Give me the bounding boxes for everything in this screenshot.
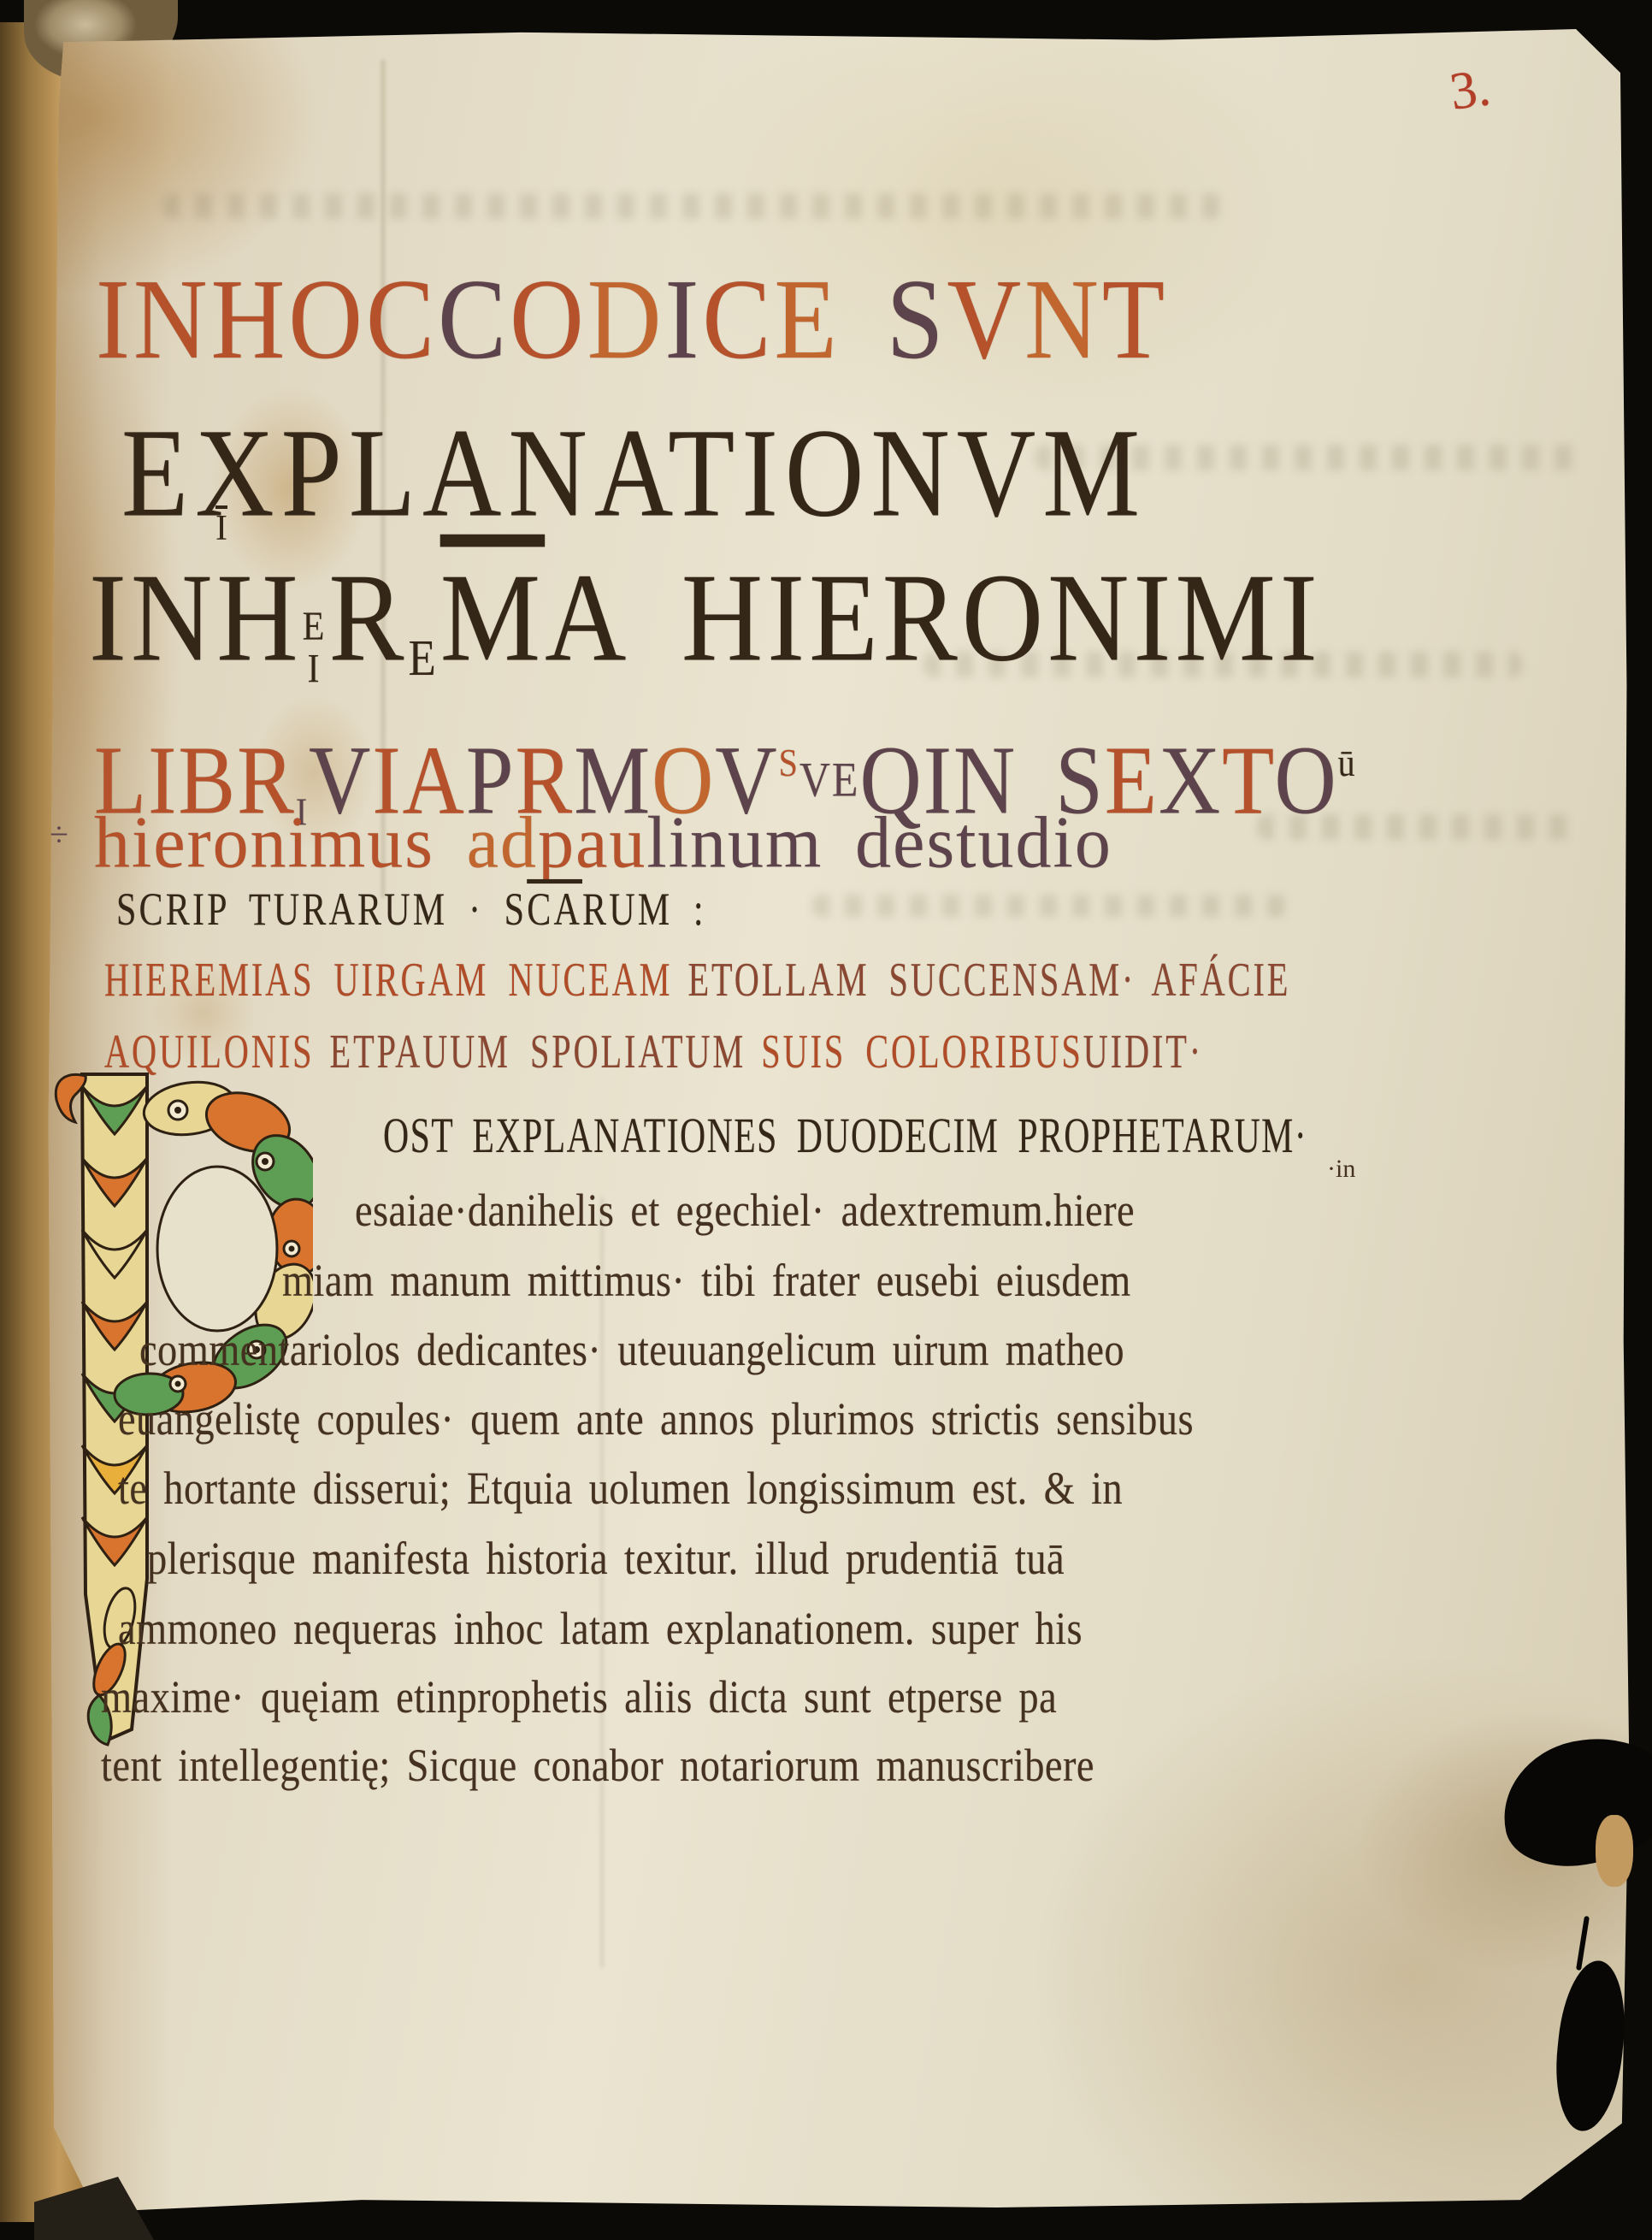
body-line: te hortante disserui; Etquia uolumen lon… (118, 1462, 1123, 1515)
body-opening-line: OST EXPLANATIONES DUODECIM PROPHETARUM· (383, 1107, 1307, 1164)
body-line: maxime· quęiam etinprophetis aliis dicta… (101, 1670, 1057, 1723)
parchment-repair-patch (1596, 1815, 1633, 1887)
body-line: esaiae·danihelis et egechiel· adextremum… (355, 1184, 1135, 1237)
body-line: miam manum mittimus· tibi frater eusebi … (282, 1254, 1131, 1307)
body-line: euangelistę copules· quem ante annos plu… (118, 1392, 1194, 1445)
abbreviation-mark: I (215, 508, 227, 549)
title-line-3: INHEIREMAHIERONIMI (89, 544, 1322, 691)
paragraph-mark: ÷ (50, 814, 68, 854)
incipit-line: hieronimusadpaulinumdestudio (94, 801, 1112, 885)
interlinear-insertion: ·in (1327, 1155, 1355, 1184)
title-line-1: INHOCCODICESVNT (96, 253, 1168, 386)
body-line: plerisque manifesta historia texitur. il… (147, 1532, 1065, 1585)
folio-number: 3. (1446, 57, 1494, 123)
manuscript-photo: 3. INHOCCODICESVNT EXPLANATIONVM I INHEI… (0, 0, 1652, 2240)
title-line-2: EXPLANATIONVM (121, 400, 1147, 547)
body-line: tent intellegentię; Sicque conabor notar… (101, 1739, 1094, 1792)
body-line: commentariolos dedicantes· uteuuangelicu… (139, 1323, 1124, 1376)
bleed-through-text (162, 193, 1223, 219)
bleed-through-text (812, 895, 1291, 917)
body-opening-text: OST EXPLANATIONES DUODECIM PROPHETARUM· (383, 1108, 1307, 1163)
title-line-2-text: EXPLANATIONVM (121, 402, 1147, 543)
body-line: ammoneo nequeras inhoc latam explanation… (118, 1602, 1083, 1655)
incipit-line-2: SCRIP TURARUM · SCARUM : (116, 883, 706, 936)
rubric-line-1: HIEREMIAS UIRGAM NUCEAMETOLLAM SUCCENSAM… (104, 953, 1290, 1008)
